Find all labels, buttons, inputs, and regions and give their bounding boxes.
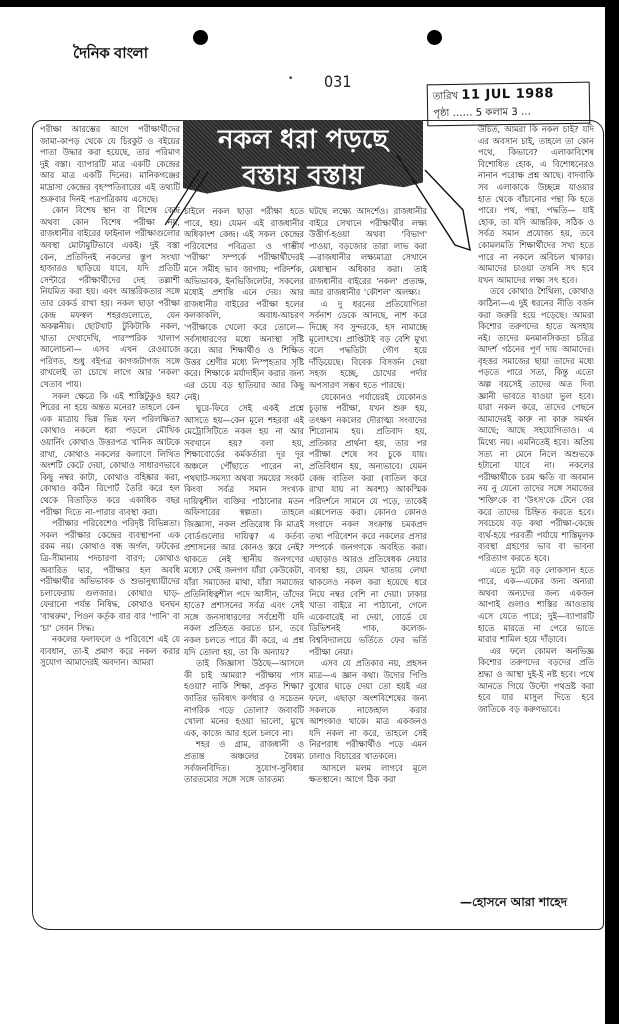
stamp-page-label: পৃষ্ঠা — [433, 108, 449, 119]
paragraph: কোন বিশেষ স্থান বা বিশেষ কেন্দ্র অথবা কো… — [40, 205, 180, 391]
paragraph: ঘটছে লক্ষ্যে আদর্শেও। রাজধানীর বাইরে সেখ… — [309, 206, 427, 299]
punch-hole-icon — [427, 30, 442, 45]
mark: • — [288, 74, 293, 84]
paragraph: এর ফলে কোমল অনভিজ্ঞ কিশোর তরুণদের বড়দের… — [478, 646, 594, 716]
stamp-date-label: তারিখ — [433, 91, 459, 102]
paragraph: শহর ও গ্রাম, রাজধানী ও প্রত্যন্ত অঞ্চলের… — [184, 739, 304, 785]
paragraph: এসব যে প্রতিকার নয়, প্রহসন মাত্র—এ জ্ঞা… — [309, 658, 427, 762]
article-column-1: পরীক্ষা আরম্ভের আগে পরীক্ষার্থীদের জামা-… — [40, 124, 180, 914]
paragraph: যেকোনও পর্যায়েরই যেকোনও চূড়ান্ত পরীক্ষ… — [309, 392, 427, 659]
paragraph: এতে দুটো বড় লোকসান হতে পারে, এক—একের জন… — [478, 565, 594, 646]
article-column-4: উচিত, আমরা কি নকল চাই? যদি এর অবসান চাই,… — [478, 124, 594, 854]
article-column-2: চাইলে নকল ছাড়া পরীক্ষা হতে পারে, হয়। য… — [184, 206, 304, 914]
stamp-column-label: কলাম — [485, 107, 508, 118]
paragraph: নকলের ফলাফলে ও পরিবেশে এই যে ব্যবধান, তা… — [40, 634, 180, 669]
newspaper-masthead: দৈনিক বাংলা — [73, 42, 148, 67]
scan-right-edge — [605, 0, 619, 1024]
paragraph: সকল ক্ষেত্রে কি এই শাস্তিটুকুও হয়? শিরে… — [40, 391, 180, 519]
paragraph: আসলে মলম লাগবে মূলে ক্ষতস্থানে। আগে ঠিক … — [309, 763, 427, 786]
paragraph: চাইলে নকল ছাড়া পরীক্ষা হতে পারে, হয়। য… — [184, 206, 304, 403]
stamp-page-value: 5 — [476, 107, 483, 118]
page-number: 031 — [324, 72, 351, 91]
scan-top-edge — [0, 0, 619, 7]
paragraph: ঘুরে-ফিরে সেই একই প্রশ্নে আসতে হয়—কেন ম… — [184, 403, 304, 658]
article-byline: —হোসনে আরা শাহেদ — [460, 894, 567, 914]
stamp-date-value: 11 JUL 1988 — [461, 86, 554, 103]
paragraph: উচিত, আমরা কি নকল চাই? যদি এর অবসান চাই,… — [478, 124, 594, 286]
paragraph: এ দু ধরনের প্রতিযোগিতা সর্বনাশ ডেকে আনছে… — [309, 299, 427, 392]
paragraph: পরীক্ষার পরিবেশেও পরিদৃষ্ট বিভিন্নতা। সক… — [40, 518, 180, 634]
paragraph: পরীক্ষা আরম্ভের আগে পরীক্ষার্থীদের জামা-… — [40, 124, 180, 205]
paragraph: তবে কোথাও শৈথিল্য, কোথাও কাঠিন্য—এ দুই ধ… — [478, 286, 594, 564]
article-column-3: ঘটছে লক্ষ্যে আদর্শেও। রাজধানীর বাইরে সেখ… — [309, 206, 427, 850]
stamp-column-value: 3 — [511, 107, 518, 118]
paragraph: তাই জিজ্ঞাসা উঠছে—আসলে কী চাই আমরা? পরীক… — [184, 658, 304, 739]
punch-hole-icon — [193, 30, 208, 45]
